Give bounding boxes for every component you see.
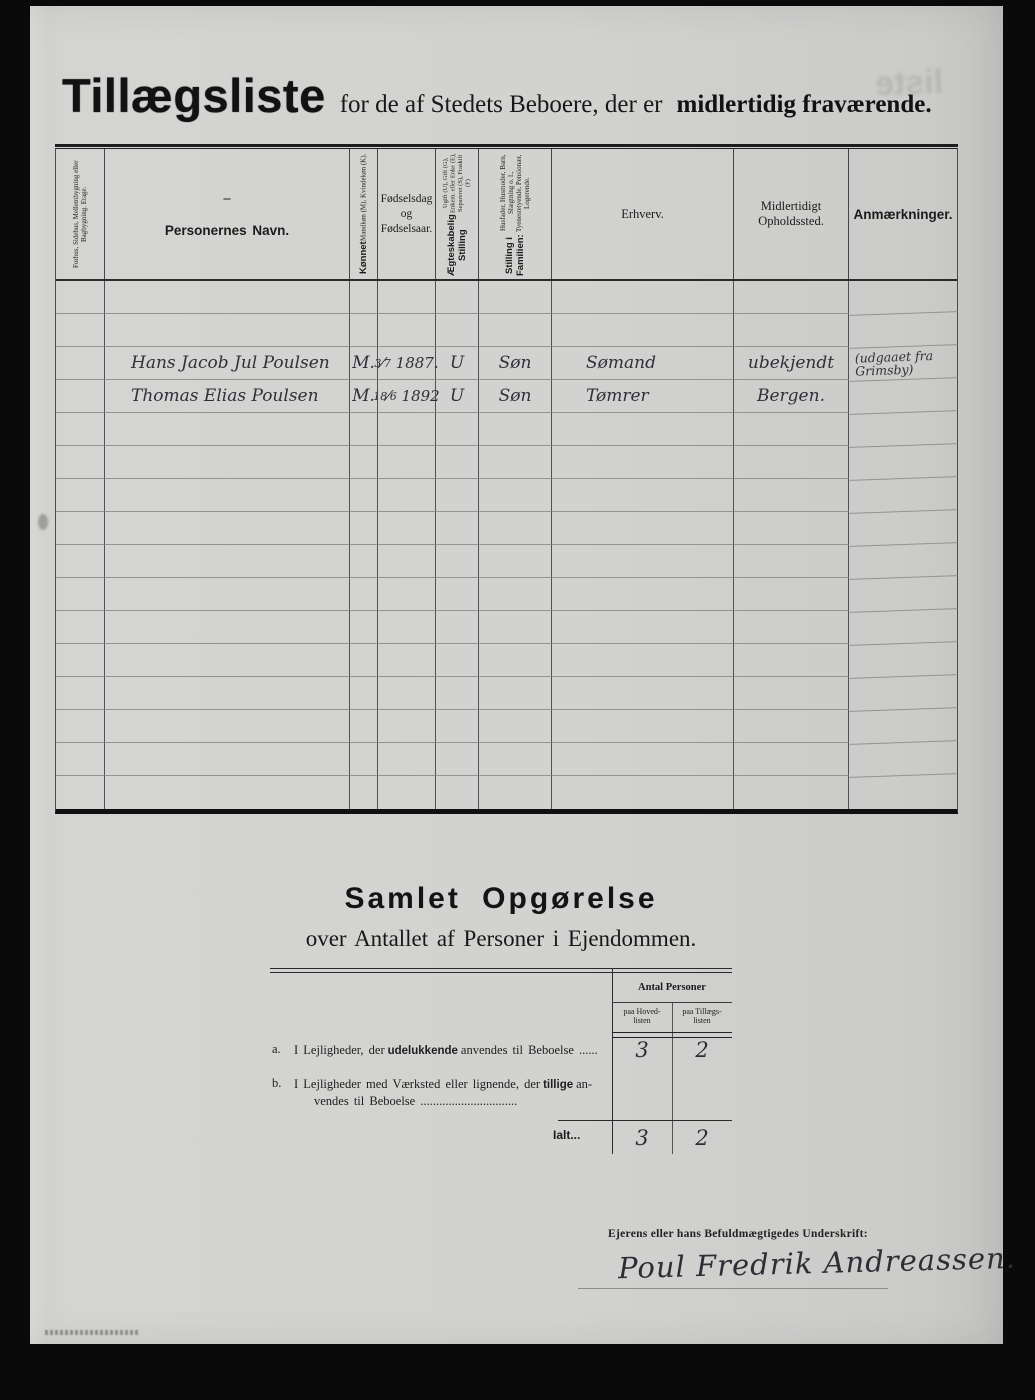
printer-imprint [45,1330,140,1335]
cell-residence: ubekjendt [734,347,849,380]
table-row [56,743,957,776]
cell-family [479,479,552,512]
cell-name: Thomas Elias Poulsen [105,380,350,413]
summary-row-b-post: an- [576,1077,592,1091]
cell-family [479,710,552,743]
cell-birth [378,743,436,776]
cell-building [56,380,105,413]
table-row [56,479,957,512]
cell-remarks [848,774,957,811]
header-family-sub: Husfader, Husmoder, Barn, Slægtning o. l… [499,152,531,234]
cell-birth [378,776,436,809]
cell-remarks [848,609,957,646]
header-building-label: Forhus, Sidehus, Mellembygning eller Bag… [72,152,88,276]
cell-family: Søn [479,380,552,413]
cell-occupation [552,281,734,314]
cell-birth [378,512,436,545]
cell-marital [436,677,479,710]
cell-birth: 18⁄6 1892 [378,380,436,413]
cell-occupation [552,578,734,611]
cell-marital: U [436,347,479,380]
cell-marital [436,446,479,479]
cell-building [56,578,105,611]
cell-building [56,347,105,380]
cell-sex [350,512,378,545]
cell-residence [734,578,849,611]
cell-marital [436,314,479,347]
cell-family [479,677,552,710]
cell-remarks [848,411,957,448]
scan-speck [38,514,48,530]
cell-birth [378,281,436,314]
cell-residence [734,644,849,677]
cell-marital [436,776,479,809]
cell-building [56,314,105,347]
summary-col-suppllist: paa Tillægs-listen [672,1002,732,1030]
cell-marital [436,281,479,314]
census-table: Forhus, Sidehus, Mellembygning eller Bag… [55,148,958,814]
summary-row-a-letter: a. [272,1042,281,1057]
cell-occupation [552,776,734,809]
cell-building [56,677,105,710]
cell-sex [350,314,378,347]
cell-sex [350,677,378,710]
cell-birth: 3⁄7 1887. [378,347,436,380]
table-row [56,578,957,611]
cell-marital [436,479,479,512]
table-row [56,281,957,314]
cell-occupation [552,710,734,743]
cell-family [479,611,552,644]
header-sex-sub: Mandkøn (M), Kvindekøn (K). [360,154,368,241]
cell-occupation [552,677,734,710]
cell-building [56,512,105,545]
signature-line [578,1288,888,1289]
header-occupation: Erhverv. [552,149,734,279]
table-row [56,512,957,545]
cell-family [479,512,552,545]
cell-name [105,281,350,314]
cell-occupation [552,644,734,677]
cell-marital [436,413,479,446]
summary-row-a-post: anvendes til Beboelse ...... [461,1043,598,1057]
cell-residence [734,512,849,545]
cell-occupation: Tømrer [552,380,734,413]
cell-sex [350,611,378,644]
cell-name [105,578,350,611]
summary-row-b-pre: I Lejligheder med Værksted eller lignend… [294,1077,540,1091]
cell-occupation [552,611,734,644]
cell-building [56,710,105,743]
cell-marital [436,512,479,545]
summary-row-b: b. I Lejligheder med Værksted eller lign… [270,1076,608,1109]
cell-occupation [552,413,734,446]
total-label: Ialt... [553,1128,580,1142]
cell-building [56,545,105,578]
cell-birth [378,677,436,710]
header-birthdate: Fødselsdag og Fødselsaar. [378,149,436,279]
cell-sex [350,710,378,743]
cell-residence [734,413,849,446]
header-sex: Kønnet Mandkøn (M), Kvindekøn (K). [350,149,378,279]
cell-sex [350,281,378,314]
cell-name [105,479,350,512]
header-family-position: Stilling i Familien: Husfader, Husmoder,… [479,149,552,279]
header-marital-status: Ægteskabelig Stilling Ugift (U), Gift (G… [436,149,479,279]
summary-row-a-mainlist-value: 3 [612,1038,672,1062]
cell-name [105,545,350,578]
cell-building [56,644,105,677]
cell-residence [734,314,849,347]
cell-building [56,611,105,644]
table-row [56,776,957,809]
cell-building [56,446,105,479]
cell-marital [436,743,479,776]
cell-family [479,314,552,347]
cell-occupation [552,446,734,479]
cell-name [105,743,350,776]
owner-signature: Poul Fredrik Andreassen. [618,1241,1017,1285]
cell-residence [734,710,849,743]
cell-birth [378,644,436,677]
cell-family [479,644,552,677]
signature-label: Ejerens eller hans Befuldmægtigedes Unde… [608,1228,868,1240]
cell-occupation: Sømand [552,347,734,380]
cell-building [56,743,105,776]
summary-subtitle: over Antallet af Personer i Ejendommen. [230,926,772,952]
header-residence: Midlertidigt Opholdssted. [734,149,849,279]
table-row [56,545,957,578]
cell-remarks [848,576,957,613]
header-family-main: Stilling i Familien: [504,234,526,276]
table-row [56,677,957,710]
cell-residence [734,776,849,809]
header-remarks-label: Anmærkninger. [853,207,952,222]
form-title: Tillægsliste for de af Stedets Beboere, … [62,68,932,123]
cell-family [479,281,552,314]
header-building: Forhus, Sidehus, Mellembygning eller Bag… [56,149,105,279]
cell-remarks [848,543,957,580]
cell-marital [436,710,479,743]
cell-family [479,578,552,611]
cell-family: Søn [479,347,552,380]
total-suppllist-value: 2 [672,1126,732,1150]
cell-building [56,413,105,446]
header-residence-label: Midlertidigt Opholdssted. [734,199,848,229]
cell-marital [436,578,479,611]
cell-family [479,446,552,479]
header-marital-sub: Ugift (U), Gift (G), Enkem. eller Enke (… [442,152,472,214]
cell-sex [350,413,378,446]
cell-occupation [552,545,734,578]
table-row: Hans Jacob Jul PoulsenM.3⁄7 1887.USønSøm… [56,347,957,380]
table-row [56,314,957,347]
total-mainlist-value: 3 [612,1126,672,1150]
cell-sex [350,545,378,578]
cell-name [105,611,350,644]
form-title-main: Tillægsliste [62,68,326,123]
summary-row-b-bold: tillige [543,1079,573,1091]
cell-residence [734,479,849,512]
cell-remarks [848,312,957,349]
table-row: Thomas Elias PoulsenM.18⁄6 1892USønTømre… [56,380,957,413]
header-person-name-label: Personernes Navn. [165,223,289,238]
cell-sex [350,578,378,611]
cell-name [105,710,350,743]
header-birthdate-label: Fødselsdag og Fødselsaar. [378,192,435,237]
summary-title: Samlet Opgørelse [270,882,732,916]
cell-name [105,776,350,809]
cell-name [105,644,350,677]
cell-name [105,314,350,347]
ink-bleedthrough-mark: liste [874,63,943,104]
table-row [56,710,957,743]
cell-name [105,446,350,479]
cell-remarks [848,477,957,514]
cell-marital: U [436,380,479,413]
cell-remarks [848,279,957,316]
summary-row-b-letter: b. [272,1076,281,1091]
summary-col-mainlist: paa Hoved-listen [612,1002,672,1030]
table-row [56,644,957,677]
cell-building [56,281,105,314]
cell-name [105,512,350,545]
cell-residence [734,743,849,776]
cell-residence [734,545,849,578]
summary-row-a: a. I Lejligheder, derudelukkendeanvendes… [270,1042,608,1059]
cell-birth [378,578,436,611]
cell-residence [734,446,849,479]
cell-sex [350,776,378,809]
cell-family [479,776,552,809]
cell-sex [350,479,378,512]
table-row [56,413,957,446]
cell-remarks [848,741,957,778]
summary-table: Antal Personer paa Hoved-listen paa Till… [270,968,732,1154]
cell-remarks [848,708,957,745]
cell-residence [734,281,849,314]
header-marital-main: Ægteskabelig Stilling [446,214,468,276]
cell-occupation [552,512,734,545]
table-body: Hans Jacob Jul PoulsenM.3⁄7 1887.USønSøm… [56,281,957,809]
cell-birth [378,479,436,512]
table-row [56,611,957,644]
cell-sex [350,644,378,677]
cell-building [56,776,105,809]
form-page: Tillægsliste for de af Stedets Beboere, … [30,6,1003,1344]
header-remarks: Anmærkninger. [849,149,957,279]
cell-birth [378,611,436,644]
total-rule [558,1120,732,1121]
cell-building [56,479,105,512]
scanned-census-form: Tillægsliste for de af Stedets Beboere, … [0,0,1035,1400]
header-dash: – [224,191,231,207]
cell-remarks: (udgaaet fra Grimsby) [848,345,957,382]
summary-row-a-suppllist-value: 2 [672,1038,732,1062]
summary-row-b-line2: vendes til Beboelse ....................… [314,1093,608,1109]
cell-remarks [848,378,957,415]
cell-remarks [848,675,957,712]
summary-row-a-bold: udelukkende [388,1045,458,1057]
cell-occupation [552,314,734,347]
cell-remarks [848,510,957,547]
summary-row-a-pre: I Lejligheder, der [294,1043,385,1057]
cell-residence: Bergen. [734,380,849,413]
cell-name [105,413,350,446]
cell-birth [378,545,436,578]
cell-sex [350,446,378,479]
cell-marital [436,644,479,677]
cell-family [479,545,552,578]
form-title-mid: for de af Stedets Beboere, der er [340,91,663,119]
cell-sex [350,743,378,776]
header-person-name: – Personernes Navn. [105,149,350,279]
cell-occupation [552,743,734,776]
cell-birth [378,446,436,479]
cell-remarks [848,642,957,679]
cell-remarks [848,444,957,481]
header-occupation-label: Erhverv. [619,207,666,222]
table-row [56,446,957,479]
cell-family [479,743,552,776]
cell-birth [378,710,436,743]
cell-residence [734,677,849,710]
cell-birth [378,413,436,446]
cell-marital [436,545,479,578]
cell-name [105,677,350,710]
cell-birth [378,314,436,347]
cell-residence [734,611,849,644]
cell-occupation [552,479,734,512]
cell-name: Hans Jacob Jul Poulsen [105,347,350,380]
summary-group-header: Antal Personer [612,972,732,1003]
header-sex-main: Kønnet [358,241,369,274]
census-table-header: Forhus, Sidehus, Mellembygning eller Bag… [56,149,957,281]
cell-marital [436,611,479,644]
cell-family [479,413,552,446]
